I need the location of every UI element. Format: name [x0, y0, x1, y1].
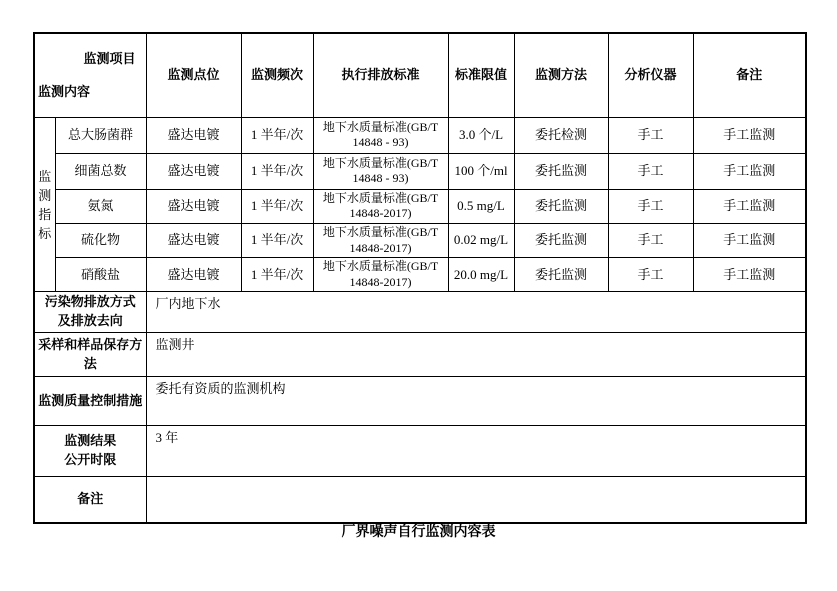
cell-indicator-name: 氨氮: [55, 189, 146, 223]
cell-point: 盛达电镀: [146, 223, 241, 257]
header-row: 监测项目 监测内容 监测点位 监测频次 执行排放标准 标准限值 监测方法 分析仪…: [34, 33, 806, 117]
column-header-standard: 执行排放标准: [313, 33, 448, 117]
cell-remark: 手工监测: [693, 223, 806, 257]
cell-point: 盛达电镀: [146, 189, 241, 223]
cell-frequency: 1 半年/次: [241, 153, 313, 189]
cell-frequency: 1 半年/次: [241, 258, 313, 292]
cell-method: 委托检测: [514, 117, 608, 153]
info-row: 监测质量控制措施 委托有资质的监测机构: [34, 377, 806, 426]
cell-remark: 手工监测: [693, 117, 806, 153]
cell-method: 委托监测: [514, 223, 608, 257]
info-row: 备注: [34, 477, 806, 523]
column-header-instrument: 分析仪器: [608, 33, 693, 117]
cell-indicator-name: 总大肠菌群: [55, 117, 146, 153]
info-value-remark: [146, 477, 806, 523]
cell-frequency: 1 半年/次: [241, 117, 313, 153]
info-value-publish-period: 3 年: [146, 426, 806, 477]
cell-standard: 地下水质量标准(GB/T 14848-2017): [313, 189, 448, 223]
column-header-method: 监测方法: [514, 33, 608, 117]
cell-point: 盛达电镀: [146, 153, 241, 189]
table-row: 监 测 指 标 总大肠菌群 盛达电镀 1 半年/次 地下水质量标准(GB/T 1…: [34, 117, 806, 153]
column-header-remark: 备注: [693, 33, 806, 117]
row-group-label: 监 测 指 标: [34, 117, 55, 292]
corner-header-cell: 监测项目 监测内容: [34, 33, 146, 117]
cell-instrument: 手工: [608, 189, 693, 223]
info-label-publish-period: 监测结果 公开时限: [34, 426, 146, 477]
cell-standard: 地下水质量标准(GB/T 14848-2017): [313, 223, 448, 257]
cell-standard: 地下水质量标准(GB/T 14848 - 93): [313, 117, 448, 153]
document-page: 监测项目 监测内容 监测点位 监测频次 执行排放标准 标准限值 监测方法 分析仪…: [0, 0, 837, 591]
cell-limit: 20.0 mg/L: [448, 258, 514, 292]
next-table-caption: 厂界噪声自行监测内容表: [0, 521, 837, 541]
cell-point: 盛达电镀: [146, 258, 241, 292]
cell-instrument: 手工: [608, 153, 693, 189]
cell-indicator-name: 硝酸盐: [55, 258, 146, 292]
info-label-remark: 备注: [34, 477, 146, 523]
column-header-point: 监测点位: [146, 33, 241, 117]
cell-remark: 手工监测: [693, 258, 806, 292]
cell-method: 委托监测: [514, 189, 608, 223]
info-row: 污染物排放方式 及排放去向 厂内地下水: [34, 292, 806, 333]
cell-instrument: 手工: [608, 117, 693, 153]
cell-standard: 地下水质量标准(GB/T 14848-2017): [313, 258, 448, 292]
info-value-sampling: 监测井: [146, 333, 806, 377]
cell-limit: 0.5 mg/L: [448, 189, 514, 223]
cell-standard: 地下水质量标准(GB/T 14848 - 93): [313, 153, 448, 189]
corner-header-project: 监测项目: [37, 51, 144, 67]
table-row: 硝酸盐 盛达电镀 1 半年/次 地下水质量标准(GB/T 14848-2017)…: [34, 258, 806, 292]
cell-remark: 手工监测: [693, 153, 806, 189]
cell-method: 委托监测: [514, 258, 608, 292]
cell-indicator-name: 硫化物: [55, 223, 146, 257]
cell-limit: 3.0 个/L: [448, 117, 514, 153]
cell-limit: 100 个/ml: [448, 153, 514, 189]
cell-limit: 0.02 mg/L: [448, 223, 514, 257]
info-row: 采样和样品保存方 法 监测井: [34, 333, 806, 377]
table-row: 氨氮 盛达电镀 1 半年/次 地下水质量标准(GB/T 14848-2017) …: [34, 189, 806, 223]
column-header-limit: 标准限值: [448, 33, 514, 117]
corner-header-content: 监测内容: [37, 84, 144, 100]
column-header-frequency: 监测频次: [241, 33, 313, 117]
table-row: 硫化物 盛达电镀 1 半年/次 地下水质量标准(GB/T 14848-2017)…: [34, 223, 806, 257]
cell-instrument: 手工: [608, 223, 693, 257]
info-value-quality-control: 委托有资质的监测机构: [146, 377, 806, 426]
info-value-discharge: 厂内地下水: [146, 292, 806, 333]
info-label-sampling: 采样和样品保存方 法: [34, 333, 146, 377]
info-label-discharge: 污染物排放方式 及排放去向: [34, 292, 146, 333]
cell-remark: 手工监测: [693, 189, 806, 223]
info-row: 监测结果 公开时限 3 年: [34, 426, 806, 477]
cell-method: 委托监测: [514, 153, 608, 189]
cell-frequency: 1 半年/次: [241, 189, 313, 223]
cell-instrument: 手工: [608, 258, 693, 292]
cell-point: 盛达电镀: [146, 117, 241, 153]
cell-indicator-name: 细菌总数: [55, 153, 146, 189]
groundwater-monitoring-table: 监测项目 监测内容 监测点位 监测频次 执行排放标准 标准限值 监测方法 分析仪…: [33, 32, 807, 524]
info-label-quality-control: 监测质量控制措施: [34, 377, 146, 426]
table-row: 细菌总数 盛达电镀 1 半年/次 地下水质量标准(GB/T 14848 - 93…: [34, 153, 806, 189]
cell-frequency: 1 半年/次: [241, 223, 313, 257]
